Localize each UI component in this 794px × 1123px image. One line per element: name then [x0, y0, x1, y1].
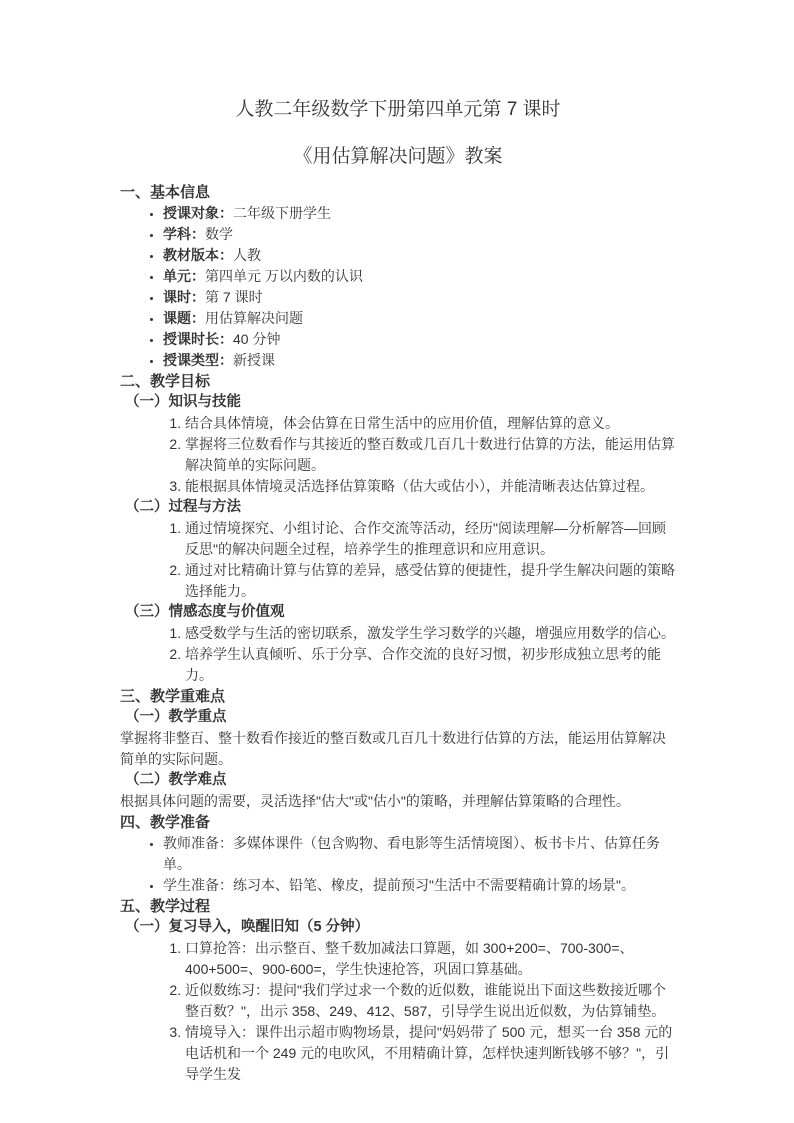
list-item: 感受数学与生活的密切联系，激发学生学习数学的兴趣，增强应用数学的信心。	[185, 623, 676, 644]
section-heading-basic-info: 一、基本信息	[120, 182, 676, 203]
list-item: 口算抢答：出示整百、整千数加减法口算题，如 300+200=、700-300=、…	[185, 938, 676, 980]
item-value: 数学	[205, 226, 233, 242]
key-point-paragraph: 掌握将非整百、整十数看作接近的整百数或几百几十数进行估算的方法，能运用估算解决简…	[120, 728, 676, 770]
item-value: 用估算解决问题	[205, 310, 303, 326]
list-item: 授课类型：新授课	[163, 350, 676, 371]
item-value: 40 分钟	[233, 331, 280, 347]
difficult-point-paragraph: 根据具体问题的需要，灵活选择"估大"或"估小"的策略，并理解估算策略的合理性。	[120, 791, 676, 812]
list-item: 学生准备：练习本、铅笔、橡皮，提前预习"生活中不需要精确计算的场景"。	[163, 875, 676, 896]
list-item: 通过情境探究、小组讨论、合作交流等活动，经历"阅读理解—分析解答—回顾反思"的解…	[185, 518, 676, 560]
subsection-heading-knowledge-skills: （一）知识与技能	[120, 392, 676, 413]
list-item: 课题：用估算解决问题	[163, 308, 676, 329]
list-item: 掌握将三位数看作与其接近的整百数或几百几十数进行估算的方法，能运用估算解决简单的…	[185, 434, 676, 476]
section-heading-preparation: 四、教学准备	[120, 812, 676, 833]
section-heading-teaching-process: 五、教学过程	[120, 896, 676, 917]
item-label: 授课对象：	[163, 205, 233, 221]
list-item: 教材版本：人教	[163, 245, 676, 266]
list-item: 教师准备：多媒体课件（包含购物、看电影等生活情境图）、板书卡片、估算任务单。	[163, 833, 676, 875]
subsection-heading-difficult-point: （二）教学难点	[120, 770, 676, 791]
subsection-heading-attitude-values: （三）情感态度与价值观	[120, 602, 676, 623]
list-item: 课时：第 7 课时	[163, 287, 676, 308]
basic-info-list: 授课对象：二年级下册学生 学科：数学 教材版本：人教 单元：第四单元 万以内数的…	[120, 203, 676, 371]
doc-title-line1: 人教二年级数学下册第四单元第 7 课时	[120, 96, 676, 124]
section-heading-teaching-goals: 二、教学目标	[120, 371, 676, 392]
section-heading-key-points: 三、教学重难点	[120, 686, 676, 707]
list-item: 能根据具体情境灵活选择估算策略（估大或估小），并能清晰表达估算过程。	[185, 476, 676, 497]
process-methods-list: 通过情境探究、小组讨论、合作交流等活动，经历"阅读理解—分析解答—回顾反思"的解…	[120, 518, 676, 602]
item-value: 第四单元 万以内数的认识	[205, 268, 363, 284]
subsection-heading-process-methods: （二）过程与方法	[120, 497, 676, 518]
list-item: 情境导入：课件出示超市购物场景，提问"妈妈带了 500 元，想买一台 358 元…	[185, 1022, 676, 1085]
item-value: 二年级下册学生	[233, 205, 331, 221]
attitude-values-list: 感受数学与生活的密切联系，激发学生学习数学的兴趣，增强应用数学的信心。 培养学生…	[120, 623, 676, 686]
subsection-heading-key-point: （一）教学重点	[120, 707, 676, 728]
document-page: 人教二年级数学下册第四单元第 7 课时 《用估算解决问题》教案 一、基本信息 授…	[0, 0, 794, 1123]
item-label: 授课时长：	[163, 331, 233, 347]
list-item: 结合具体情境，体会估算在日常生活中的应用价值，理解估算的意义。	[185, 413, 676, 434]
preparation-list: 教师准备：多媒体课件（包含购物、看电影等生活情境图）、板书卡片、估算任务单。 学…	[120, 833, 676, 896]
item-label: 课时：	[163, 289, 205, 305]
review-import-list: 口算抢答：出示整百、整千数加减法口算题，如 300+200=、700-300=、…	[120, 938, 676, 1085]
list-item: 学科：数学	[163, 224, 676, 245]
item-value: 新授课	[233, 352, 275, 368]
doc-title-line2: 《用估算解决问题》教案	[120, 143, 676, 171]
knowledge-skills-list: 结合具体情境，体会估算在日常生活中的应用价值，理解估算的意义。 掌握将三位数看作…	[120, 413, 676, 497]
item-value: 人教	[233, 247, 261, 263]
list-item: 授课时长：40 分钟	[163, 329, 676, 350]
item-label: 教材版本：	[163, 247, 233, 263]
list-item: 单元：第四单元 万以内数的认识	[163, 266, 676, 287]
subsection-heading-review-import: （一）复习导入，唤醒旧知（5 分钟）	[120, 917, 676, 938]
item-label: 课题：	[163, 310, 205, 326]
list-item: 培养学生认真倾听、乐于分享、合作交流的良好习惯，初步形成独立思考的能力。	[185, 644, 676, 686]
item-label: 授课类型：	[163, 352, 233, 368]
list-item: 授课对象：二年级下册学生	[163, 203, 676, 224]
list-item: 通过对比精确计算与估算的差异，感受估算的便捷性，提升学生解决问题的策略选择能力。	[185, 560, 676, 602]
list-item: 近似数练习：提问"我们学过求一个数的近似数，谁能说出下面这些数接近哪个整百数？"…	[185, 980, 676, 1022]
item-label: 单元：	[163, 268, 205, 284]
item-value: 第 7 课时	[205, 289, 263, 305]
item-label: 学科：	[163, 226, 205, 242]
